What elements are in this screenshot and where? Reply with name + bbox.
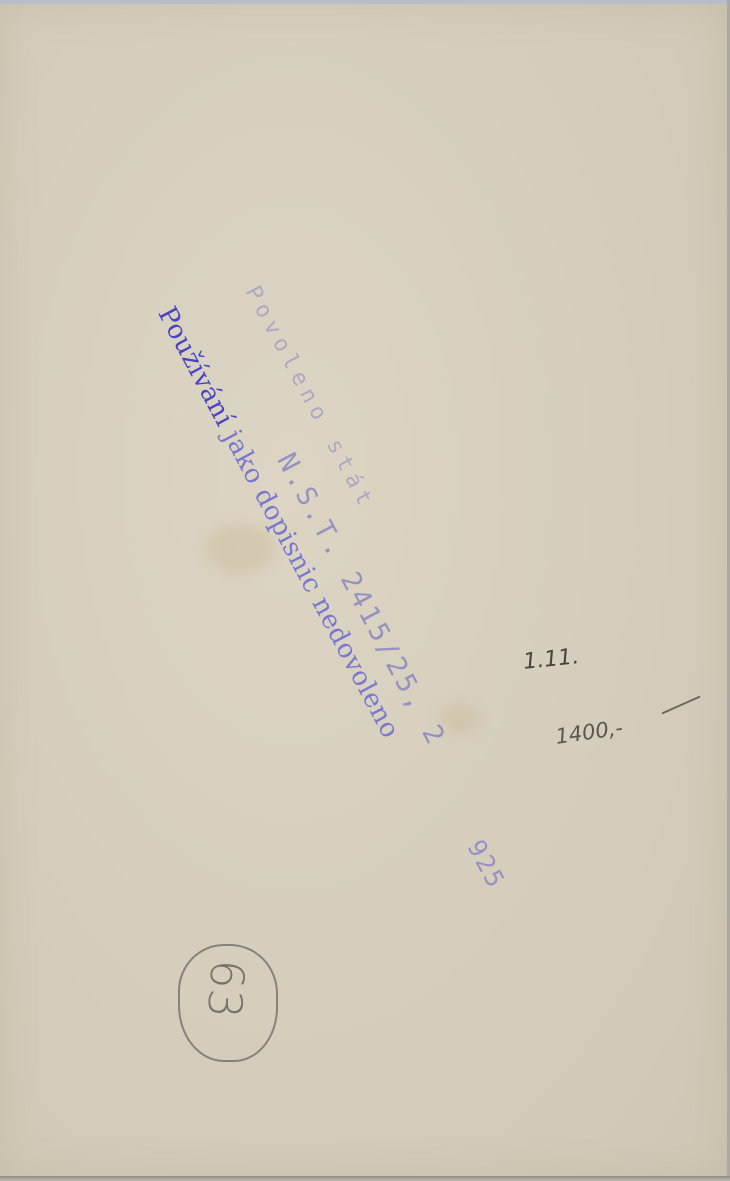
- circled-number: 63: [197, 957, 255, 1021]
- scan-edge-bottom: [0, 1176, 730, 1181]
- paper-stain: [205, 524, 275, 574]
